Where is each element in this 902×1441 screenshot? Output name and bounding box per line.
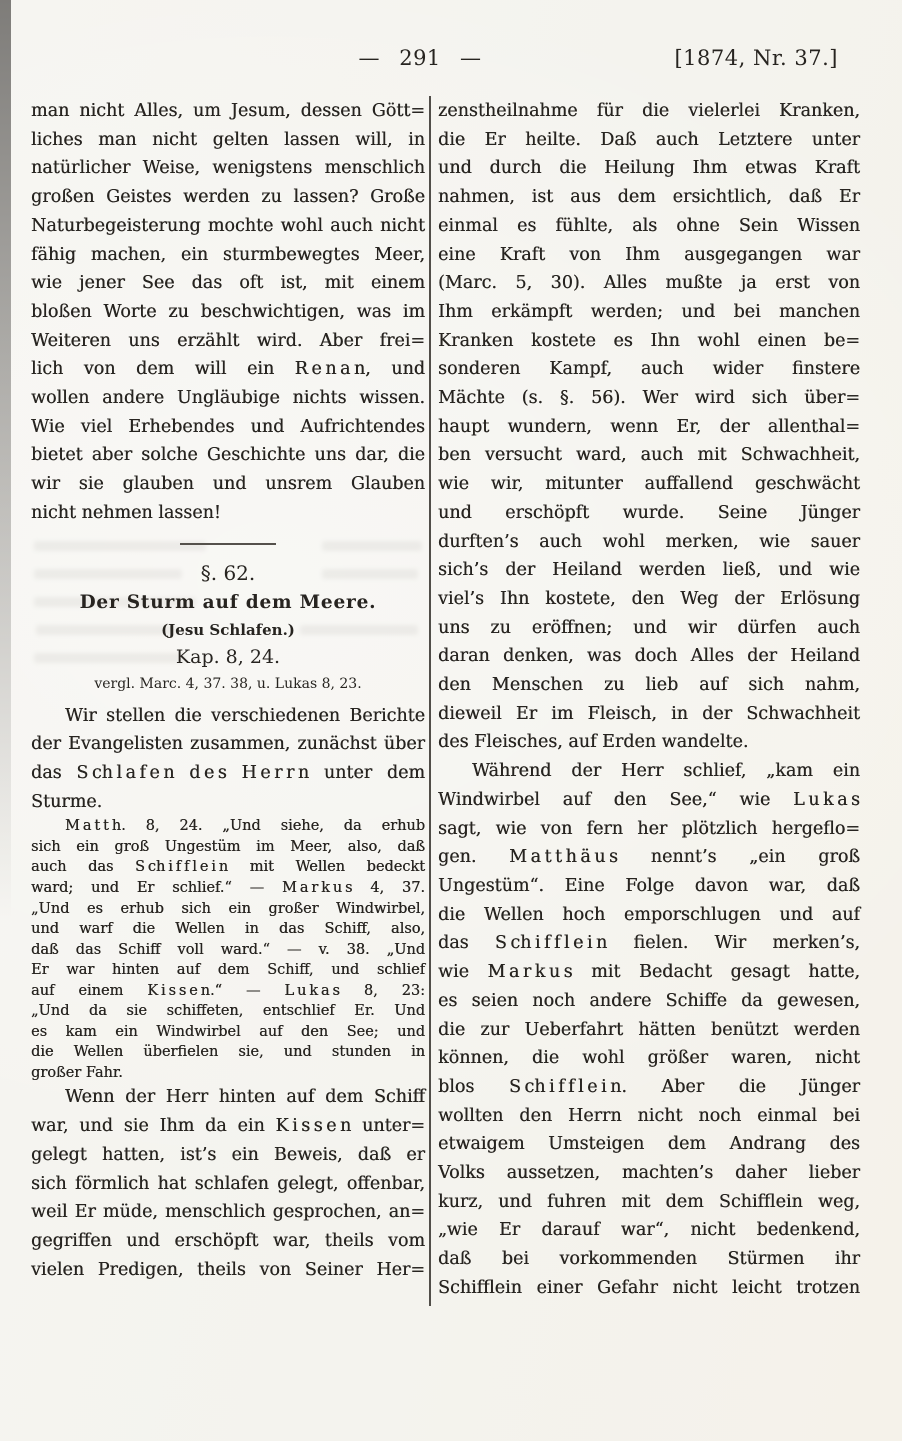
text-line: war, und sie Ihm da ein K i s s e n unte… — [31, 1112, 425, 1141]
text-line: Mächte (s. §. 56). Wer wird sich über= — [438, 384, 860, 413]
text-line: des Fleisches, auf Erden wandelte. — [438, 728, 860, 757]
text-line: und erschöpft wurde. Seine Jünger — [438, 499, 860, 528]
text-line: dieweil Er im Fleisch, in der Schwachhei… — [438, 700, 860, 729]
paragraph-commentary: Wenn der Herr hinten auf dem Schiffwar, … — [31, 1083, 425, 1284]
text-line: man nicht Alles, um Jesum, dessen Gött= — [31, 97, 425, 126]
text-line: gegriffen und erschöpft war, theils vom — [31, 1227, 425, 1256]
section-title: Der Sturm auf dem Meere. — [31, 588, 425, 618]
text-line: und durch die Heilung Ihm etwas Kraft — [438, 154, 860, 183]
text-line: eine Kraft von Ihm ausgegangen war — [438, 241, 860, 270]
text-line: etwaigem Umsteigen dem Andrang des — [438, 1130, 860, 1159]
text-line: wir sie glauben und unsrem Glauben — [31, 470, 425, 499]
text-line: nahmen, ist aus dem ersichtlich, daß Er — [438, 183, 860, 212]
text-line: bietet aber solche Geschichte uns dar, d… — [31, 441, 425, 470]
text-line: Wenn der Herr hinten auf dem Schiff — [31, 1083, 425, 1112]
text-line: sonderen Kampf, auch wider finstere — [438, 355, 860, 384]
text-line: Während der Herr schlief, „kam ein — [438, 757, 860, 786]
text-line: Schifflein einer Gefahr nicht leicht tro… — [438, 1274, 860, 1303]
text-line: bloßen Worte zu beschwichtigen, was im — [31, 298, 425, 327]
text-line: das S ch i f f l e i n fielen. Wir merke… — [438, 929, 860, 958]
text-line: durften’s auch wohl merken, wie sauer — [438, 528, 860, 557]
text-line: zenstheilnahme für die vielerlei Kranken… — [438, 97, 860, 126]
right-column: zenstheilnahme für die vielerlei Kranken… — [438, 97, 860, 1303]
text-line: liches man nicht gelten lassen will, in — [31, 126, 425, 155]
page-number: — 291 — — [330, 46, 510, 70]
text-line: fähig machen, ein sturmbewegtes Meer, — [31, 241, 425, 270]
text-line: Naturbegeisterung mochte wohl auch nicht — [31, 212, 425, 241]
text-line: uns zu eröffnen; und wir dürfen auch — [438, 614, 860, 643]
text-line: das S ch l a f e n d e s H e r r n unter… — [31, 759, 425, 788]
scanned-book-page: — 291 — [1874, Nr. 37.] man nicht Alles,… — [0, 0, 902, 1441]
text-line: Ihm erkämpft werden; und bei manchen — [438, 298, 860, 327]
text-line: großen Geistes werden zu lassen? Große — [31, 183, 425, 212]
text-line: Weiteren uns erzählt wird. Aber frei= — [31, 327, 425, 356]
text-line: „Und da sie schiffeten, entschlief Er. U… — [31, 1001, 425, 1022]
text-line: den Menschen zu lieb auf sich nahm, — [438, 671, 860, 700]
text-line: Wir stellen die verschiedenen Berichte — [31, 702, 425, 731]
text-line: blos S ch i f f l e i n. Aber die Jünger — [438, 1073, 860, 1102]
column-divider-rule — [429, 96, 431, 1306]
text-line: auf einem K i s s e n.“ — L u k a s 8, 2… — [31, 981, 425, 1002]
text-line: großer Fahr. — [31, 1063, 425, 1084]
text-line: kurz, und fuhren mit dem Schifflein weg, — [438, 1188, 860, 1217]
text-line: „wie Er darauf war“, nicht bedenkend, — [438, 1216, 860, 1245]
text-line: nicht nehmen lassen! — [31, 499, 425, 528]
section-reference: vergl. Marc. 4, 37. 38, u. Lukas 8, 23. — [31, 672, 425, 696]
text-line: Wie viel Erhebendes und Aufrichtendes — [31, 413, 425, 442]
paragraph-intro: Wir stellen die verschiedenen Berichtede… — [31, 702, 425, 817]
text-line: Ungestüm“. Eine Folge davon war, daß — [438, 872, 860, 901]
text-line: sich ein groß Ungestüm im Meer, also, da… — [31, 837, 425, 858]
scan-edge-shadow — [0, 0, 11, 920]
scripture-quote-block: M a t t h. 8, 24. „Und siehe, da erhubsi… — [31, 816, 425, 1083]
text-line: M a t t h. 8, 24. „Und siehe, da erhub — [31, 816, 425, 837]
text-line: die Wellen überfielen sie, und stunden i… — [31, 1042, 425, 1063]
text-line: können, die wohl größer waren, nicht — [438, 1044, 860, 1073]
text-line: einmal es fühlte, als ohne Sein Wissen — [438, 212, 860, 241]
text-line: und warf die Wellen in das Schiff, also, — [31, 919, 425, 940]
text-line: (Marc. 5, 30). Alles mußte ja erst von — [438, 269, 860, 298]
text-line: wie jener See das oft ist, mit einem — [31, 269, 425, 298]
section-chapter: Kap. 8, 24. — [31, 642, 425, 672]
text-line: Windwirbel auf den See,“ wie L u k a s — [438, 786, 860, 815]
text-line: ward; und Er schlief.“ — M a r k u s 4, … — [31, 878, 425, 899]
text-line: daß das Schiff voll ward.“ — v. 38. „Und — [31, 940, 425, 961]
text-line: die zur Ueberfahrt hätten benützt werden — [438, 1016, 860, 1045]
text-line: „Und es erhub sich ein großer Windwirbel… — [31, 899, 425, 920]
text-line: Volks aussetzen, machten’s daher lieber — [438, 1159, 860, 1188]
text-line: es kam ein Windwirbel auf den See; und — [31, 1022, 425, 1043]
paragraph-continuation: zenstheilnahme für die vielerlei Kranken… — [438, 97, 860, 1303]
text-line: vielen Predigen, theils von Seiner Her= — [31, 1256, 425, 1285]
text-line: Er war hinten auf dem Schiff, und schlie… — [31, 960, 425, 981]
text-line: daß bei vorkommenden Stürmen ihr — [438, 1245, 860, 1274]
text-line: weil Er müde, menschlich gesprochen, an= — [31, 1198, 425, 1227]
issue-reference: [1874, Nr. 37.] — [674, 46, 838, 70]
text-line: die Wellen hoch emporschlugen und auf — [438, 901, 860, 930]
text-line: die Er heilte. Daß auch Letztere unter — [438, 126, 860, 155]
text-line: daran denken, was doch Alles der Heiland — [438, 642, 860, 671]
text-line: haupt wundern, wenn Er, der allenthal= — [438, 413, 860, 442]
text-line: es seien noch andere Schiffe da gewesen, — [438, 987, 860, 1016]
text-line: gelegt hatten, ist’s ein Beweis, daß er — [31, 1141, 425, 1170]
text-line: lich von dem will ein R e n a n, und — [31, 355, 425, 384]
text-line: auch das S ch i f f l e i n mit Wellen b… — [31, 857, 425, 878]
text-line: der Evangelisten zusammen, zunächst über — [31, 730, 425, 759]
text-line: sich’s der Heiland werden ließ, und wie — [438, 556, 860, 585]
section-number: §. 62. — [31, 558, 425, 588]
text-line: ben versucht ward, auch mit Schwachheit, — [438, 441, 860, 470]
left-column: man nicht Alles, um Jesum, dessen Gött=l… — [31, 97, 425, 1284]
text-line: wie wir, mitunter auffallend geschwächt — [438, 470, 860, 499]
text-line: Kranken kostete es Ihn wohl einen be= — [438, 327, 860, 356]
text-line: wollen andere Ungläubige nichts wissen. — [31, 384, 425, 413]
text-line: sagt, wie von fern her plötzlich hergefl… — [438, 815, 860, 844]
text-line: gen. M a t t h ä u s nennt’s „ein groß — [438, 843, 860, 872]
text-line: viel’s Ihn kostete, den Weg der Erlösung — [438, 585, 860, 614]
paragraph-continuation: man nicht Alles, um Jesum, dessen Gött=l… — [31, 97, 425, 528]
text-line: Sturme. — [31, 788, 425, 817]
text-line: wollten den Herrn nicht noch einmal bei — [438, 1102, 860, 1131]
text-line: wie M a r k u s mit Bedacht gesagt hatte… — [438, 958, 860, 987]
text-line: sich förmlich hat schlafen gelegt, offen… — [31, 1170, 425, 1199]
section-subtitle: (Jesu Schlafen.) — [31, 618, 425, 642]
section-divider-rule — [180, 543, 276, 545]
text-line: natürlicher Weise, wenigstens menschlich — [31, 154, 425, 183]
